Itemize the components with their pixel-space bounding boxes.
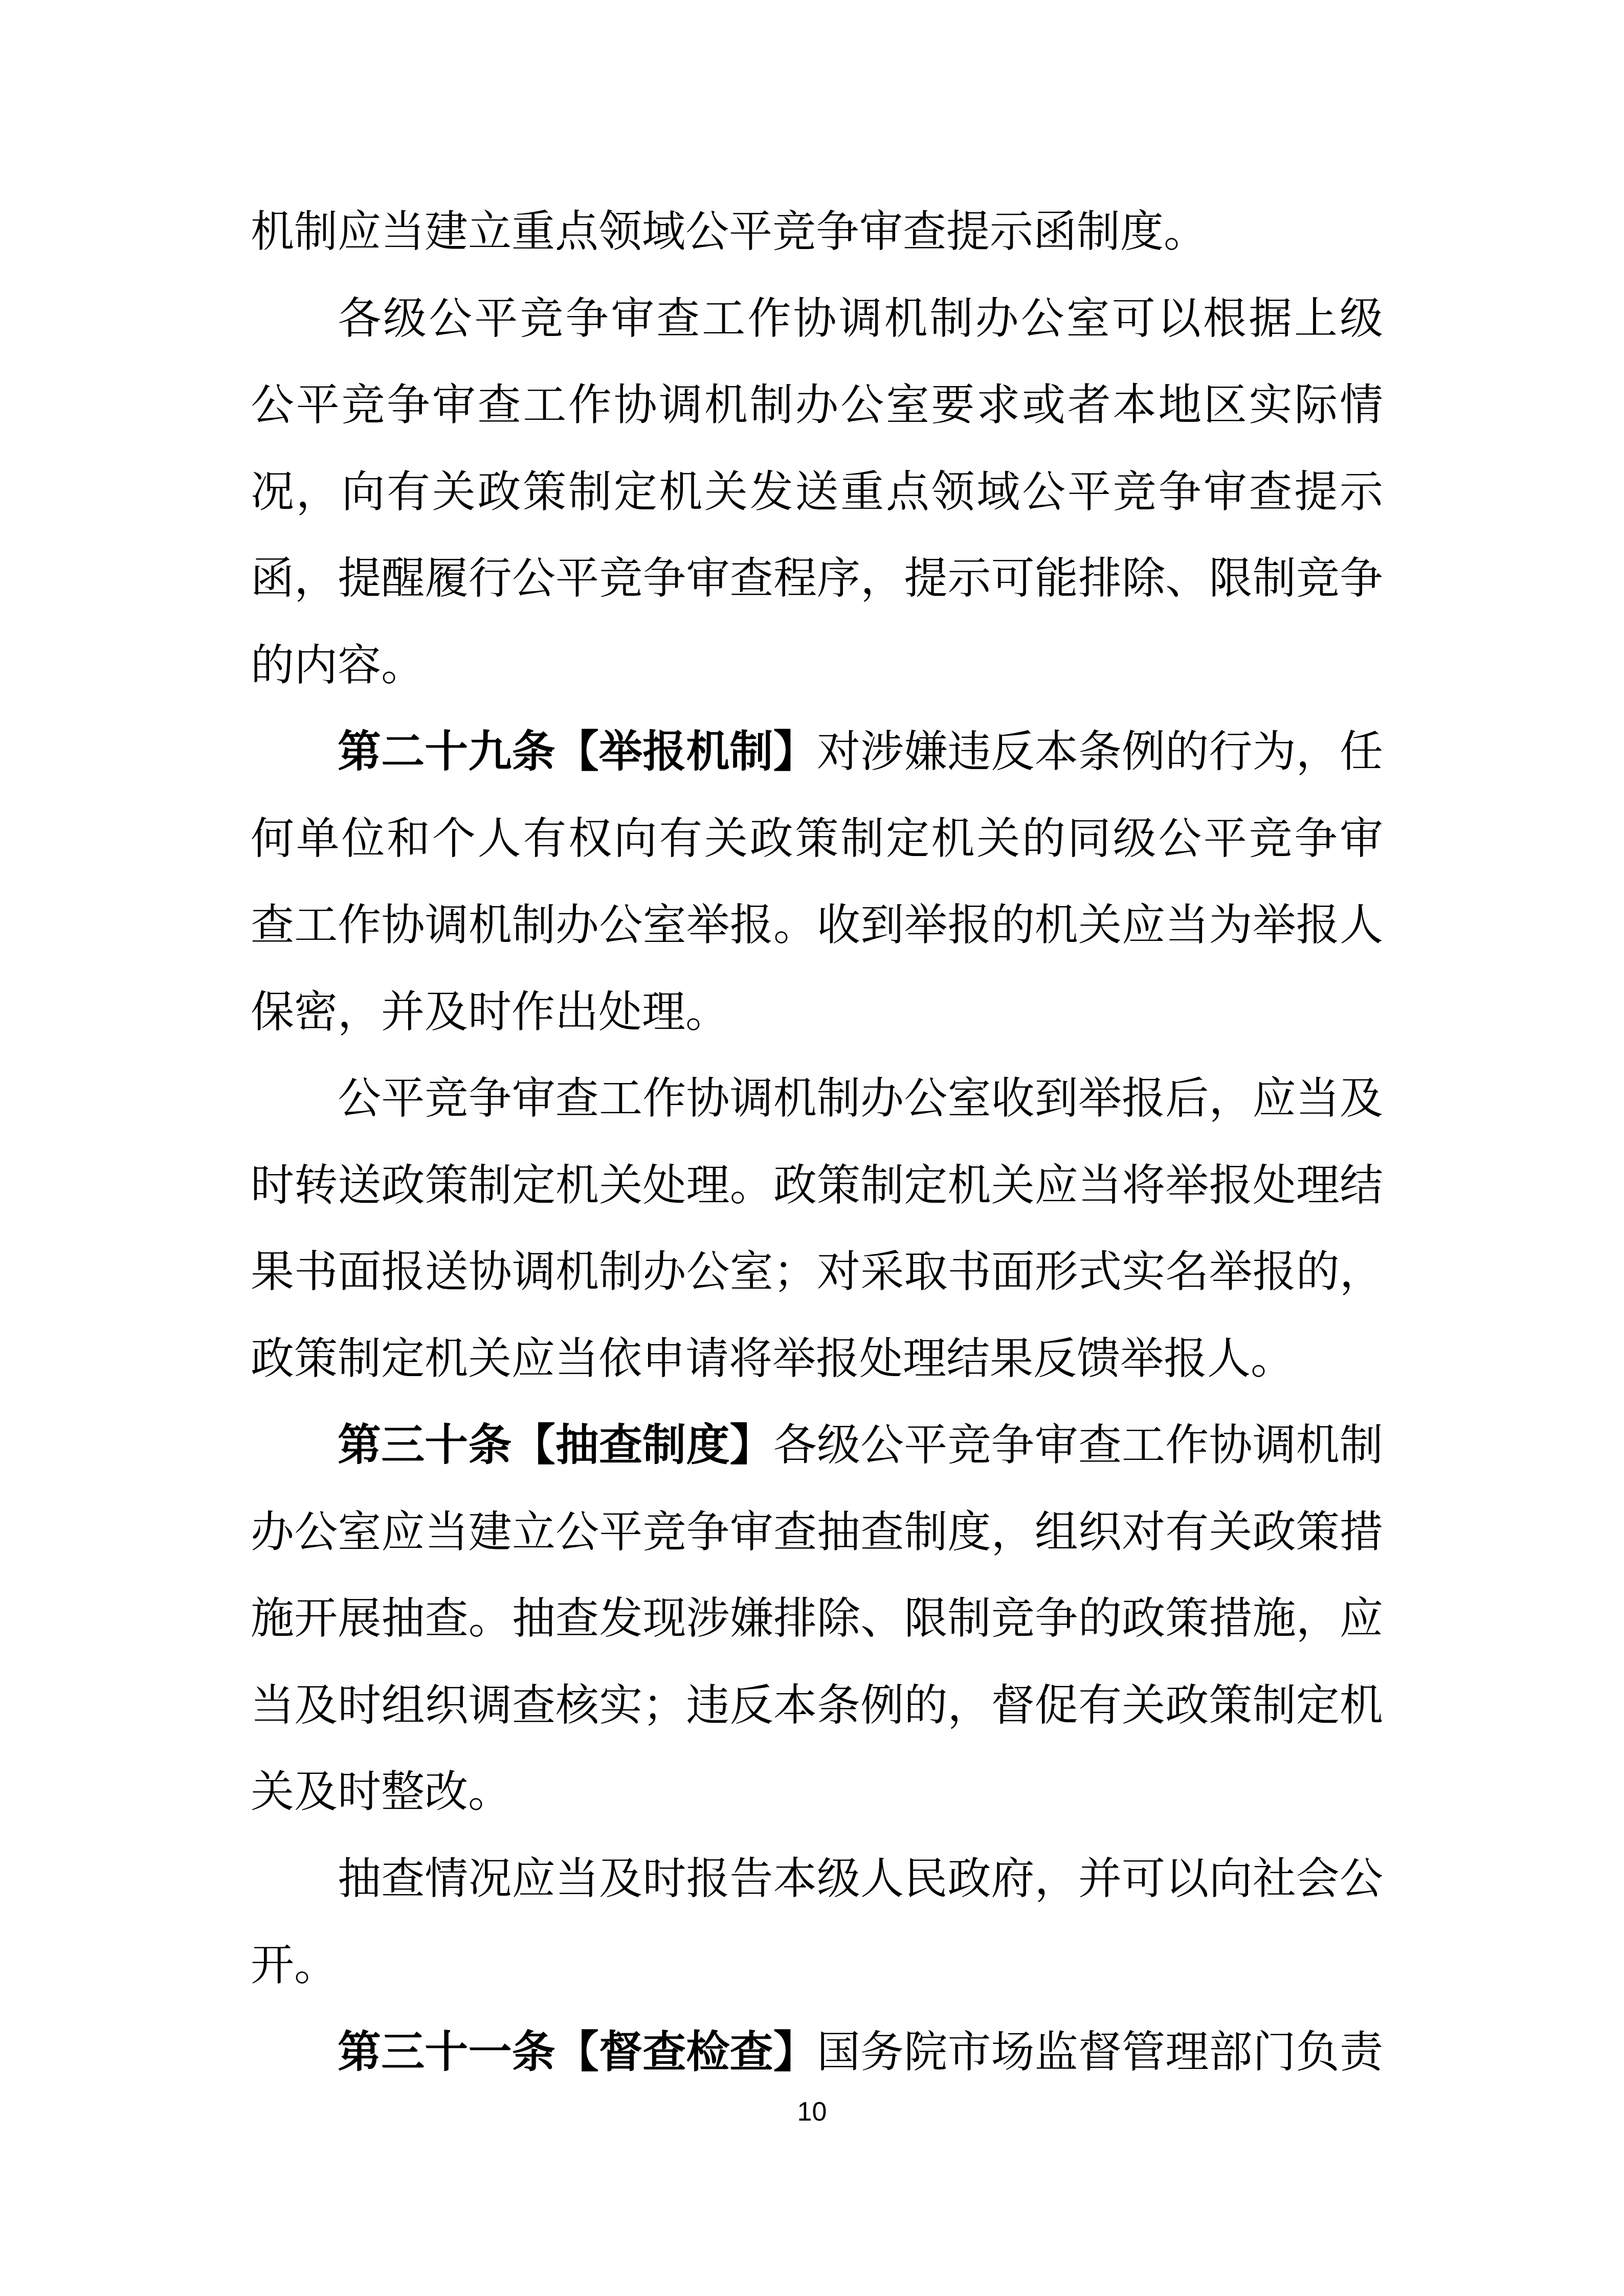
page-number: 10: [0, 2097, 1624, 2127]
text-line: 何单位和个人有权向有关政策制定机关的同级公平竞争审: [251, 796, 1381, 883]
article-heading: 第二十九条【举报机制】: [338, 728, 817, 776]
text-line: 时转送政策制定机关处理。政策制定机关应当将举报处理结: [251, 1143, 1381, 1230]
text-line: 办公室应当建立公平竞争审查抽查制度，组织对有关政策措: [251, 1490, 1381, 1577]
text-line: 况，向有关政策制定机关发送重点领域公平竞争审查提示: [251, 449, 1381, 536]
document-body: 机制应当建立重点领域公平竞争审查提示函制度。各级公平竞争审查工作协调机制办公室可…: [251, 189, 1381, 2096]
article-heading: 第三十条【抽查制度】: [338, 1422, 773, 1470]
text-line: 开。: [251, 1923, 1381, 2010]
text-line: 施开展抽查。抽查发现涉嫌排除、限制竞争的政策措施，应: [251, 1576, 1381, 1663]
text-line: 抽查情况应当及时报告本级人民政府，并可以向社会公: [251, 1836, 1381, 1923]
text-line: 果书面报送协调机制办公室；对采取书面形式实名举报的，: [251, 1229, 1381, 1316]
text-line: 第二十九条【举报机制】对涉嫌违反本条例的行为，任: [251, 709, 1381, 796]
text-line: 第三十一条【督查检查】国务院市场监督管理部门负责: [251, 2010, 1381, 2097]
text-line: 的内容。: [251, 623, 1381, 710]
text-line: 机制应当建立重点领域公平竞争审查提示函制度。: [251, 189, 1381, 276]
text-line: 公平竞争审查工作协调机制办公室要求或者本地区实际情: [251, 363, 1381, 449]
text-line: 政策制定机关应当依申请将举报处理结果反馈举报人。: [251, 1316, 1381, 1403]
text-line: 当及时组织调查核实；违反本条例的，督促有关政策制定机: [251, 1663, 1381, 1750]
text-line: 各级公平竞争审查工作协调机制办公室可以根据上级: [251, 276, 1381, 363]
article-heading: 第三十一条【督查检查】: [338, 2029, 817, 2077]
text-line: 公平竞争审查工作协调机制办公室收到举报后，应当及: [251, 1056, 1381, 1143]
document-page: 机制应当建立重点领域公平竞争审查提示函制度。各级公平竞争审查工作协调机制办公室可…: [0, 0, 1624, 2296]
text-line: 查工作协调机制办公室举报。收到举报的机关应当为举报人: [251, 883, 1381, 970]
text-line: 第三十条【抽查制度】各级公平竞争审查工作协调机制: [251, 1403, 1381, 1490]
text-line: 函，提醒履行公平竞争审查程序，提示可能排除、限制竞争: [251, 536, 1381, 623]
text-line: 关及时整改。: [251, 1749, 1381, 1836]
text-line: 保密，并及时作出处理。: [251, 970, 1381, 1056]
